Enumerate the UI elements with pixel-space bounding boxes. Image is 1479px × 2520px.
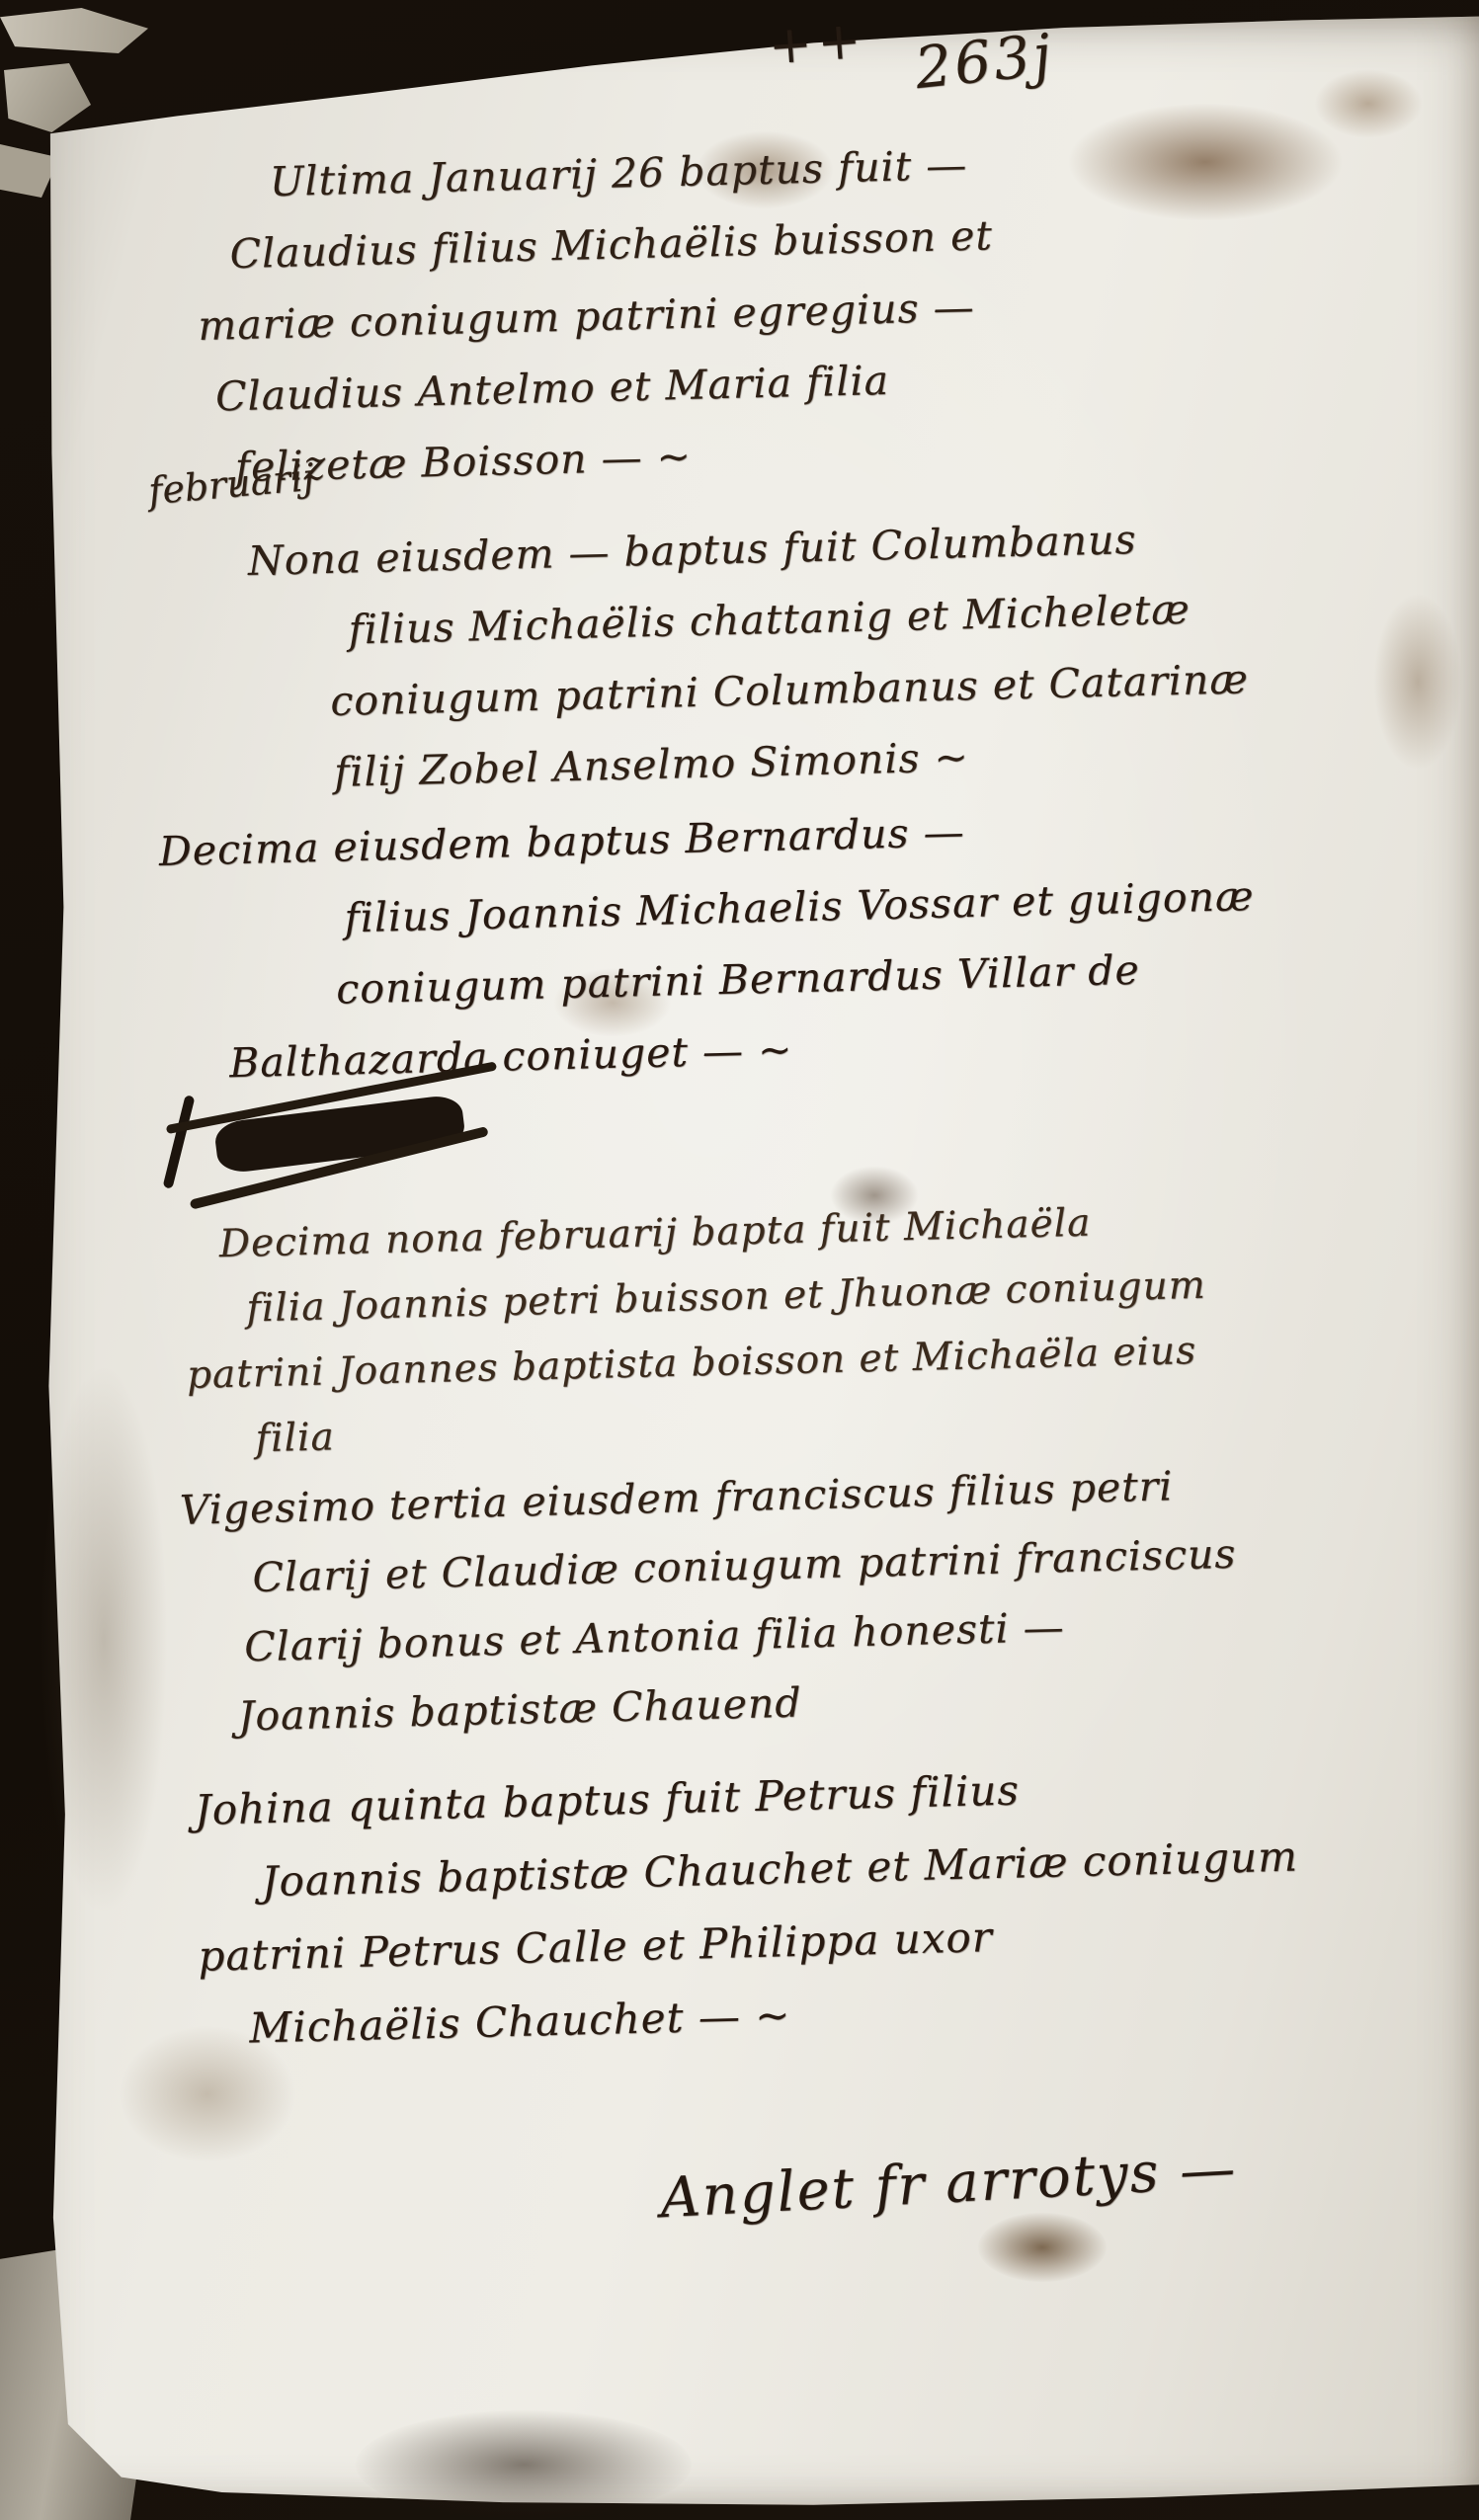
baptism-entry: Ultima Januarij 26 baptus fuit — Claudiu…	[194, 128, 999, 504]
baptism-entry: Johina quinta baptus fuit Petrus filius …	[188, 1748, 1302, 2067]
torn-paper-fragment	[4, 63, 91, 132]
folio-cross-mark: ++	[767, 11, 868, 77]
manuscript-scan: ++ 263j Ultima Januarij 26 baptus fuit —…	[0, 0, 1479, 2520]
baptism-entry: Vigesimo tertia eiusdem franciscus filiu…	[173, 1450, 1241, 1752]
baptism-entry: Nona eiusdem — baptus fuit Columbanus fi…	[247, 501, 1251, 810]
baptism-entry: Decima eiusdem baptus Bernardus — filius…	[158, 789, 1259, 1100]
torn-paper-fragment	[0, 8, 148, 53]
baptism-entry: Decima nona februarij bapta fuit Michaël…	[183, 1188, 1210, 1474]
